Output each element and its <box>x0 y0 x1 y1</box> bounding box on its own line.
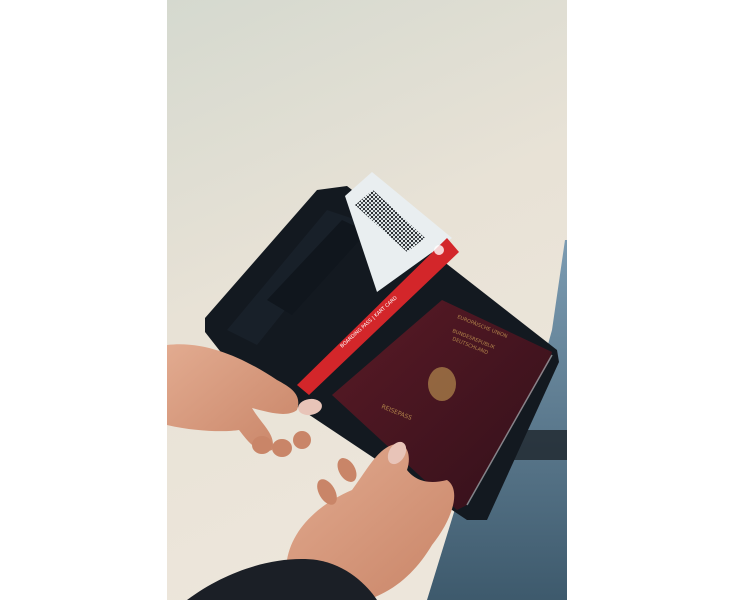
left-finger <box>252 436 272 454</box>
airline-logo <box>434 245 444 255</box>
photo: BOARDING PASS | KART CARD EUROPÄISCHE UN… <box>167 0 567 600</box>
left-finger <box>272 439 292 457</box>
eagle-emblem-icon <box>428 367 456 401</box>
photo-illustration: BOARDING PASS | KART CARD EUROPÄISCHE UN… <box>167 0 567 600</box>
left-finger <box>293 431 311 449</box>
